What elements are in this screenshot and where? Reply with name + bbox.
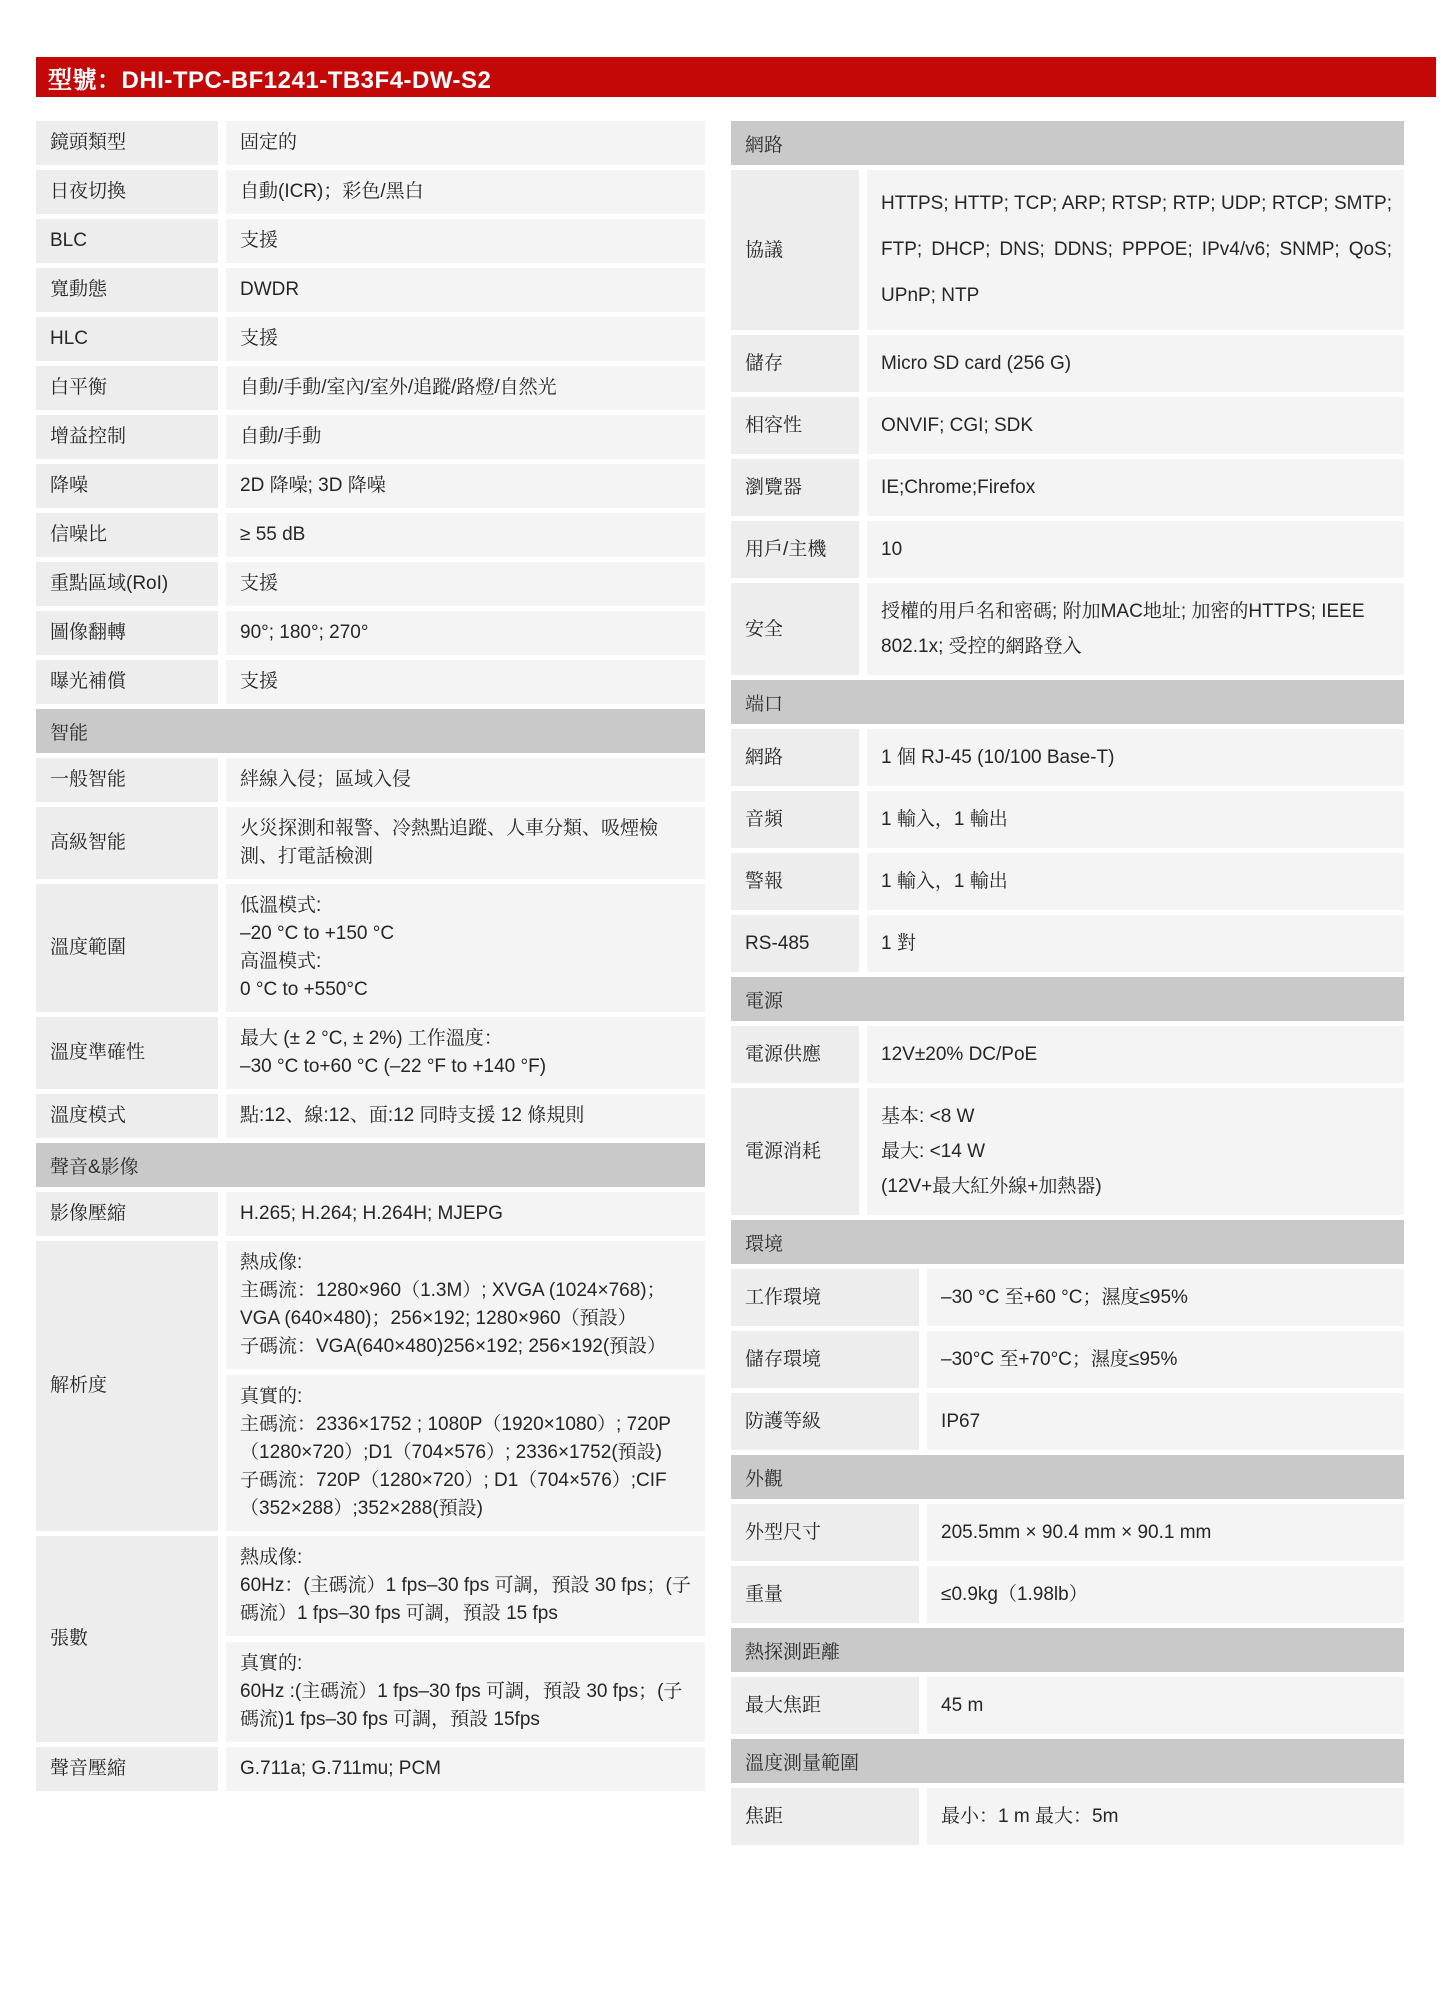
spec-label: 白平衡 [36, 366, 218, 410]
spec-row: 降噪2D 降噪; 3D 降噪 [36, 464, 705, 508]
spec-row: 張數熱成像: 60Hz：(主碼流）1 fps–30 fps 可調，預設 30 f… [36, 1536, 705, 1742]
section-header: 端口 [731, 680, 1404, 724]
spec-row: 解析度熱成像: 主碼流：1280×960（1.3M）; XVGA (1024×7… [36, 1241, 705, 1531]
spec-value-text: 支援 [240, 570, 693, 598]
spec-value: 支援 [226, 660, 705, 704]
spec-value-text: 最小：1 m 最大：5m [941, 1799, 1392, 1834]
spec-row: RS-4851 對 [731, 915, 1404, 972]
spec-value: 真實的: 60Hz :(主碼流）1 fps–30 fps 可調，預設 30 fp… [226, 1642, 705, 1742]
spec-label: 外型尺寸 [731, 1504, 919, 1561]
spec-label-text: 瀏覽器 [745, 470, 847, 505]
spec-value: Micro SD card (256 G) [867, 335, 1404, 392]
spec-label: 儲存環境 [731, 1331, 919, 1388]
model-header-bar: 型號：DHI-TPC-BF1241-TB3F4-DW-S2 [36, 57, 1436, 97]
spec-label-text: 白平衡 [50, 374, 206, 402]
spec-value-text: 12V±20% DC/PoE [881, 1037, 1392, 1072]
spec-row: 用戶/主機10 [731, 521, 1404, 578]
spec-value: G.711a; G.711mu; PCM [226, 1747, 705, 1791]
spec-row: 聲音壓縮G.711a; G.711mu; PCM [36, 1747, 705, 1791]
spec-row: 增益控制自動/手動 [36, 415, 705, 459]
spec-row: 防護等級IP67 [731, 1393, 1404, 1450]
spec-row: 日夜切換自動(ICR)；彩色/黑白 [36, 170, 705, 214]
spec-row: 白平衡自動/手動/室內/室外/追蹤/路燈/自然光 [36, 366, 705, 410]
spec-value-text: 熱成像: 主碼流：1280×960（1.3M）; XVGA (1024×768)… [240, 1249, 693, 1361]
spec-value: 火災探測和報警、冷熱點追蹤、人車分類、吸煙檢測、打電話檢測 [226, 807, 705, 879]
spec-label: 信噪比 [36, 513, 218, 557]
spec-label: 溫度準確性 [36, 1017, 218, 1089]
spec-label: 降噪 [36, 464, 218, 508]
spec-value-text: 基本: <8 W 最大: <14 W (12V+最大紅外線+加熱器) [881, 1099, 1392, 1204]
spec-label-text: RS-485 [745, 926, 847, 961]
spec-label: 溫度範圍 [36, 884, 218, 1012]
spec-value-text: 10 [881, 532, 1392, 567]
spec-row: 電源供應12V±20% DC/PoE [731, 1026, 1404, 1083]
spec-value: ONVIF; CGI; SDK [867, 397, 1404, 454]
spec-row: 儲存Micro SD card (256 G) [731, 335, 1404, 392]
spec-label-text: 重量 [745, 1577, 907, 1612]
spec-value: 支援 [226, 317, 705, 361]
spec-row: 協議HTTPS; HTTP; TCP; ARP; RTSP; RTP; UDP;… [731, 170, 1404, 330]
spec-row: 最大焦距45 m [731, 1677, 1404, 1734]
spec-value: 90°; 180°; 270° [226, 611, 705, 655]
spec-value: –30 °C 至+60 °C；濕度≤95% [927, 1269, 1404, 1326]
spec-value: 支援 [226, 562, 705, 606]
spec-label: RS-485 [731, 915, 859, 972]
spec-value: 熱成像: 主碼流：1280×960（1.3M）; XVGA (1024×768)… [226, 1241, 705, 1369]
spec-value-text: 2D 降噪; 3D 降噪 [240, 472, 693, 500]
spec-row: 音頻1 輸入，1 輸出 [731, 791, 1404, 848]
spec-value-text: 1 個 RJ-45 (10/100 Base-T) [881, 740, 1392, 775]
spec-value: 自動(ICR)；彩色/黑白 [226, 170, 705, 214]
spec-row: 電源消耗基本: <8 W 最大: <14 W (12V+最大紅外線+加熱器) [731, 1088, 1404, 1215]
spec-label: 張數 [36, 1536, 218, 1742]
spec-label: 高級智能 [36, 807, 218, 879]
spec-label: 儲存 [731, 335, 859, 392]
spec-label-text: 電源消耗 [745, 1134, 847, 1169]
spec-value-stack: 熱成像: 60Hz：(主碼流）1 fps–30 fps 可調，預設 30 fps… [226, 1536, 705, 1742]
section-header: 聲音&影像 [36, 1143, 705, 1187]
spec-value-text: G.711a; G.711mu; PCM [240, 1755, 693, 1783]
spec-row: 高級智能火災探測和報警、冷熱點追蹤、人車分類、吸煙檢測、打電話檢測 [36, 807, 705, 879]
spec-value: 1 對 [867, 915, 1404, 972]
spec-label-text: 鏡頭類型 [50, 129, 206, 157]
spec-value: 固定的 [226, 121, 705, 165]
spec-value-text: 火災探測和報警、冷熱點追蹤、人車分類、吸煙檢測、打電話檢測 [240, 815, 693, 871]
spec-value-text: 1 輸入，1 輸出 [881, 802, 1392, 837]
spec-value: HTTPS; HTTP; TCP; ARP; RTSP; RTP; UDP; R… [867, 170, 1404, 330]
spec-value-text: HTTPS; HTTP; TCP; ARP; RTSP; RTP; UDP; R… [881, 181, 1392, 319]
spec-row: 重點區域(RoI)支援 [36, 562, 705, 606]
spec-row: 警報1 輸入，1 輸出 [731, 853, 1404, 910]
section-header: 外觀 [731, 1455, 1404, 1499]
spec-row: 圖像翻轉90°; 180°; 270° [36, 611, 705, 655]
spec-label-text: 曝光補償 [50, 668, 206, 696]
spec-label-text: 圖像翻轉 [50, 619, 206, 647]
spec-row: 儲存環境–30°C 至+70°C；濕度≤95% [731, 1331, 1404, 1388]
spec-label-text: 工作環境 [745, 1280, 907, 1315]
spec-label-text: 最大焦距 [745, 1688, 907, 1723]
spec-value: 自動/手動/室內/室外/追蹤/路燈/自然光 [226, 366, 705, 410]
spec-label-text: BLC [50, 227, 206, 255]
spec-value: 支援 [226, 219, 705, 263]
spec-value-text: 1 輸入，1 輸出 [881, 864, 1392, 899]
spec-label: 音頻 [731, 791, 859, 848]
spec-label: 防護等級 [731, 1393, 919, 1450]
spec-label: 影像壓縮 [36, 1192, 218, 1236]
spec-label: 重點區域(RoI) [36, 562, 218, 606]
spec-row: 影像壓縮H.265; H.264; H.264H; MJEPG [36, 1192, 705, 1236]
spec-label: 寬動態 [36, 268, 218, 312]
spec-value: 最小：1 m 最大：5m [927, 1788, 1404, 1845]
spec-value: 絆線入侵；區域入侵 [226, 758, 705, 802]
spec-value: ≤0.9kg（1.98lb） [927, 1566, 1404, 1623]
spec-value-stack: 熱成像: 主碼流：1280×960（1.3M）; XVGA (1024×768)… [226, 1241, 705, 1531]
spec-row: 重量≤0.9kg（1.98lb） [731, 1566, 1404, 1623]
spec-value: H.265; H.264; H.264H; MJEPG [226, 1192, 705, 1236]
spec-value: 12V±20% DC/PoE [867, 1026, 1404, 1083]
spec-table-right: 網路協議HTTPS; HTTP; TCP; ARP; RTSP; RTP; UD… [731, 121, 1404, 1850]
spec-value-text: 205.5mm × 90.4 mm × 90.1 mm [941, 1515, 1392, 1550]
spec-label: 網路 [731, 729, 859, 786]
spec-value-text: 45 m [941, 1688, 1392, 1723]
spec-label-text: 影像壓縮 [50, 1200, 206, 1228]
spec-label-text: 信噪比 [50, 521, 206, 549]
spec-row: 網路1 個 RJ-45 (10/100 Base-T) [731, 729, 1404, 786]
spec-label-text: 電源供應 [745, 1037, 847, 1072]
spec-row: 寬動態DWDR [36, 268, 705, 312]
spec-value: 真實的: 主碼流：2336×1752 ; 1080P（1920×1080）; 7… [226, 1375, 705, 1531]
spec-label: 溫度模式 [36, 1094, 218, 1138]
spec-value: 基本: <8 W 最大: <14 W (12V+最大紅外線+加熱器) [867, 1088, 1404, 1215]
spec-label: 電源供應 [731, 1026, 859, 1083]
spec-label: 電源消耗 [731, 1088, 859, 1215]
spec-sheet: 型號：DHI-TPC-BF1241-TB3F4-DW-S2 鏡頭類型固定的日夜切… [0, 0, 1440, 1850]
spec-value: IP67 [927, 1393, 1404, 1450]
spec-value-text: –30°C 至+70°C；濕度≤95% [941, 1342, 1392, 1377]
spec-row: 外型尺寸205.5mm × 90.4 mm × 90.1 mm [731, 1504, 1404, 1561]
spec-value: –30°C 至+70°C；濕度≤95% [927, 1331, 1404, 1388]
spec-label-text: 一般智能 [50, 766, 206, 794]
spec-label: 用戶/主機 [731, 521, 859, 578]
section-header: 溫度測量範圍 [731, 1739, 1404, 1783]
spec-row: 曝光補償支援 [36, 660, 705, 704]
spec-value: DWDR [226, 268, 705, 312]
spec-label-text: 防護等級 [745, 1404, 907, 1439]
spec-value-text: 自動(ICR)；彩色/黑白 [240, 178, 693, 206]
spec-value: 1 輸入，1 輸出 [867, 853, 1404, 910]
spec-label: 鏡頭類型 [36, 121, 218, 165]
spec-label-text: 高級智能 [50, 829, 206, 857]
section-header: 智能 [36, 709, 705, 753]
spec-label-text: 解析度 [50, 1372, 206, 1400]
spec-label: 協議 [731, 170, 859, 330]
spec-label: HLC [36, 317, 218, 361]
spec-value-text: IP67 [941, 1404, 1392, 1439]
spec-value: 10 [867, 521, 1404, 578]
spec-row: 溫度模式點:12、線:12、面:12 同時支援 12 條規則 [36, 1094, 705, 1138]
spec-value: 205.5mm × 90.4 mm × 90.1 mm [927, 1504, 1404, 1561]
spec-label: 一般智能 [36, 758, 218, 802]
spec-value: 最大 (± 2 °C, ± 2%) 工作溫度： –30 °C to+60 °C … [226, 1017, 705, 1089]
spec-value: ≥ 55 dB [226, 513, 705, 557]
spec-label: 日夜切換 [36, 170, 218, 214]
spec-value-text: 點:12、線:12、面:12 同時支援 12 條規則 [240, 1102, 693, 1130]
spec-value-text: ≥ 55 dB [240, 521, 693, 549]
spec-value-text: ONVIF; CGI; SDK [881, 408, 1392, 443]
spec-value: 授權的用戶名和密碼; 附加MAC地址; 加密的HTTPS; IEEE 802.1… [867, 583, 1404, 675]
spec-row: 鏡頭類型固定的 [36, 121, 705, 165]
spec-label-text: 網路 [745, 740, 847, 775]
section-header: 網路 [731, 121, 1404, 165]
spec-value: 低溫模式: –20 °C to +150 °C 高溫模式: 0 °C to +5… [226, 884, 705, 1012]
spec-label-text: 相容性 [745, 408, 847, 443]
spec-label: 圖像翻轉 [36, 611, 218, 655]
spec-row: 信噪比≥ 55 dB [36, 513, 705, 557]
section-header: 電源 [731, 977, 1404, 1021]
spec-value: 1 輸入，1 輸出 [867, 791, 1404, 848]
spec-label-text: 日夜切換 [50, 178, 206, 206]
spec-value: 2D 降噪; 3D 降噪 [226, 464, 705, 508]
spec-label-text: 儲存 [745, 346, 847, 381]
spec-value-text: ≤0.9kg（1.98lb） [941, 1577, 1392, 1612]
spec-row: BLC支援 [36, 219, 705, 263]
spec-label-text: 寬動態 [50, 276, 206, 304]
spec-columns: 鏡頭類型固定的日夜切換自動(ICR)；彩色/黑白BLC支援寬動態DWDRHLC支… [36, 121, 1404, 1850]
spec-label-text: 溫度範圍 [50, 934, 206, 962]
spec-label-text: 張數 [50, 1625, 206, 1653]
spec-label-text: 外型尺寸 [745, 1515, 907, 1550]
spec-label-text: 儲存環境 [745, 1342, 907, 1377]
spec-label: 聲音壓縮 [36, 1747, 218, 1791]
spec-label: 焦距 [731, 1788, 919, 1845]
spec-value-text: H.265; H.264; H.264H; MJEPG [240, 1200, 693, 1228]
spec-label-text: 用戶/主機 [745, 532, 847, 567]
spec-value-text: 真實的: 60Hz :(主碼流）1 fps–30 fps 可調，預設 30 fp… [240, 1650, 693, 1734]
spec-label: 最大焦距 [731, 1677, 919, 1734]
spec-label: 警報 [731, 853, 859, 910]
spec-value-text: 支援 [240, 668, 693, 696]
spec-value-text: 支援 [240, 227, 693, 255]
spec-row: 相容性ONVIF; CGI; SDK [731, 397, 1404, 454]
spec-value: 45 m [927, 1677, 1404, 1734]
spec-value: 自動/手動 [226, 415, 705, 459]
spec-label-text: 溫度模式 [50, 1102, 206, 1130]
spec-label-text: 溫度準確性 [50, 1039, 206, 1067]
spec-value: 點:12、線:12、面:12 同時支援 12 條規則 [226, 1094, 705, 1138]
spec-label-text: 音頻 [745, 802, 847, 837]
section-header: 熱探測距離 [731, 1628, 1404, 1672]
spec-value-text: 1 對 [881, 926, 1392, 961]
spec-label-text: HLC [50, 325, 206, 353]
spec-label-text: 重點區域(RoI) [50, 570, 206, 598]
spec-label: 重量 [731, 1566, 919, 1623]
spec-label: 相容性 [731, 397, 859, 454]
spec-value-text: 自動/手動 [240, 423, 693, 451]
spec-label: 曝光補償 [36, 660, 218, 704]
spec-row: 瀏覽器IE;Chrome;Firefox [731, 459, 1404, 516]
spec-row: 溫度範圍低溫模式: –20 °C to +150 °C 高溫模式: 0 °C t… [36, 884, 705, 1012]
spec-value-text: 90°; 180°; 270° [240, 619, 693, 647]
model-title: 型號：DHI-TPC-BF1241-TB3F4-DW-S2 [48, 60, 491, 95]
spec-value-text: 真實的: 主碼流：2336×1752 ; 1080P（1920×1080）; 7… [240, 1383, 693, 1523]
spec-row: HLC支援 [36, 317, 705, 361]
spec-label-text: 降噪 [50, 472, 206, 500]
spec-value-text: 授權的用戶名和密碼; 附加MAC地址; 加密的HTTPS; IEEE 802.1… [881, 594, 1392, 664]
spec-table-left: 鏡頭類型固定的日夜切換自動(ICR)；彩色/黑白BLC支援寬動態DWDRHLC支… [36, 121, 705, 1796]
spec-label: 增益控制 [36, 415, 218, 459]
spec-value-text: –30 °C 至+60 °C；濕度≤95% [941, 1280, 1392, 1315]
spec-value-text: 最大 (± 2 °C, ± 2%) 工作溫度： –30 °C to+60 °C … [240, 1025, 693, 1081]
spec-label: 解析度 [36, 1241, 218, 1531]
spec-value-text: 支援 [240, 325, 693, 353]
spec-value-text: 自動/手動/室內/室外/追蹤/路燈/自然光 [240, 374, 693, 402]
spec-value-text: DWDR [240, 276, 693, 304]
spec-row: 一般智能絆線入侵；區域入侵 [36, 758, 705, 802]
spec-value: IE;Chrome;Firefox [867, 459, 1404, 516]
spec-value-text: IE;Chrome;Firefox [881, 470, 1392, 505]
spec-label-text: 警報 [745, 864, 847, 899]
section-header: 環境 [731, 1220, 1404, 1264]
spec-label-text: 聲音壓縮 [50, 1755, 206, 1783]
spec-row: 工作環境–30 °C 至+60 °C；濕度≤95% [731, 1269, 1404, 1326]
spec-label: 工作環境 [731, 1269, 919, 1326]
spec-row: 溫度準確性最大 (± 2 °C, ± 2%) 工作溫度： –30 °C to+6… [36, 1017, 705, 1089]
spec-label: 瀏覽器 [731, 459, 859, 516]
spec-label-text: 協議 [745, 233, 847, 268]
spec-value: 熱成像: 60Hz：(主碼流）1 fps–30 fps 可調，預設 30 fps… [226, 1536, 705, 1636]
spec-value: 1 個 RJ-45 (10/100 Base-T) [867, 729, 1404, 786]
spec-row: 安全授權的用戶名和密碼; 附加MAC地址; 加密的HTTPS; IEEE 802… [731, 583, 1404, 675]
spec-value-text: 低溫模式: –20 °C to +150 °C 高溫模式: 0 °C to +5… [240, 892, 693, 1004]
spec-value-text: Micro SD card (256 G) [881, 346, 1392, 381]
spec-value-text: 絆線入侵；區域入侵 [240, 766, 693, 794]
spec-value-text: 固定的 [240, 129, 693, 157]
spec-label-text: 焦距 [745, 1799, 907, 1834]
spec-value-text: 熱成像: 60Hz：(主碼流）1 fps–30 fps 可調，預設 30 fps… [240, 1544, 693, 1628]
spec-label-text: 安全 [745, 612, 847, 647]
spec-row: 焦距最小：1 m 最大：5m [731, 1788, 1404, 1845]
spec-label: BLC [36, 219, 218, 263]
spec-label: 安全 [731, 583, 859, 675]
spec-label-text: 增益控制 [50, 423, 206, 451]
